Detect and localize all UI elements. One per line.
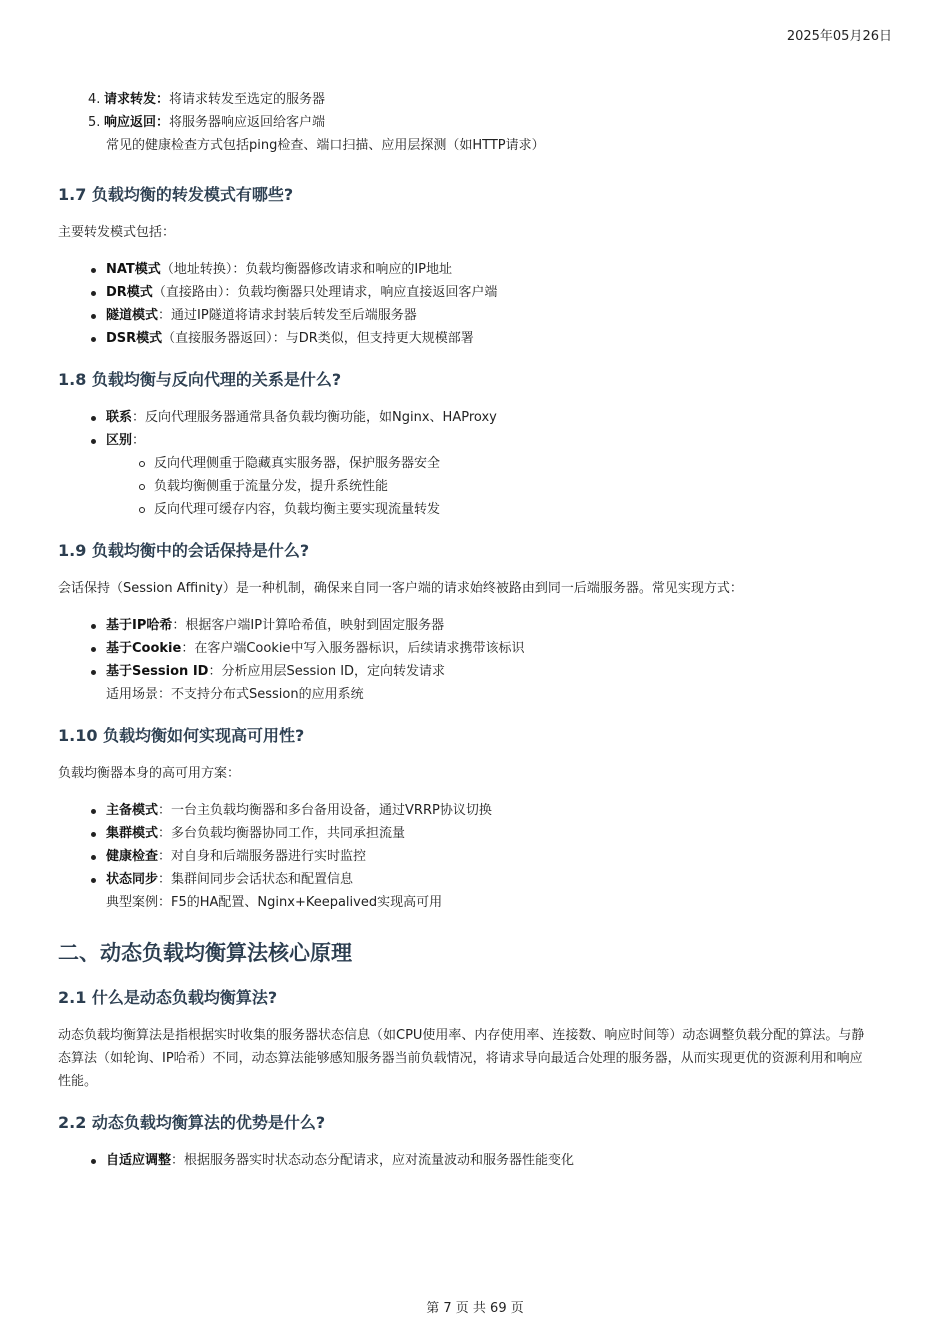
list-item: 健康检查：对自身和后端服务器进行实时监控 bbox=[106, 845, 868, 868]
list-item: 主备模式：一台主负载均衡器和多台备用设备，通过VRRP协议切换 bbox=[106, 799, 868, 822]
item-term: 请求转发 bbox=[104, 92, 156, 107]
item-desc: 负载均衡器只处理请求，响应直接返回客户端 bbox=[237, 285, 497, 300]
list-item: 自适应调整：根据服务器实时状态动态分配请求，应对流量波动和服务器性能变化 bbox=[106, 1149, 868, 1172]
list-item: 区别： 反向代理侧重于隐藏真实服务器，保护服务器安全 负载均衡侧重于流量分发，提… bbox=[106, 429, 868, 521]
item-note: （直接服务器返回） bbox=[162, 331, 273, 346]
item-desc: 反向代理服务器通常具备负载均衡功能，如Nginx、HAProxy bbox=[145, 410, 497, 425]
item-desc: 集群间同步会话状态和配置信息 bbox=[171, 872, 353, 887]
item-desc: 通过IP隧道将请求封装后转发至后端服务器 bbox=[171, 308, 417, 323]
session-affinity-list: 基于IP哈希：根据客户端IP计算哈希值，映射到固定服务器 基于Cookie：在客… bbox=[58, 614, 868, 683]
item-sep: ： bbox=[224, 285, 237, 300]
page-footer: 第 7 页 共 69 页 bbox=[0, 1297, 950, 1316]
list-item: 联系：反向代理服务器通常具备负载均衡功能，如Nginx、HAProxy bbox=[106, 406, 868, 429]
section-heading-1-7: 1.7 负载均衡的转发模式有哪些? bbox=[58, 183, 868, 207]
item-sep: ： bbox=[208, 664, 221, 679]
section-intro: 主要转发模式包括： bbox=[58, 221, 868, 244]
list-item: NAT模式（地址转换）：负载均衡器修改请求和响应的IP地址 bbox=[106, 258, 868, 281]
item-sep: ： bbox=[158, 872, 171, 887]
item-sep: ： bbox=[132, 410, 145, 425]
section-heading-2-2: 2.2 动态负载均衡算法的优势是什么? bbox=[58, 1111, 868, 1135]
item-term: 基于IP哈希 bbox=[106, 618, 172, 633]
item-desc: 负载均衡器修改请求和响应的IP地址 bbox=[245, 262, 452, 277]
item-term: 联系 bbox=[106, 410, 132, 425]
list-tail-note: 常见的健康检查方式包括ping检查、端口扫描、应用层探测（如HTTP请求） bbox=[58, 134, 868, 157]
item-desc: 根据客户端IP计算哈希值，映射到固定服务器 bbox=[185, 618, 444, 633]
list-tail-note: 适用场景：不支持分布式Session的应用系统 bbox=[58, 683, 868, 706]
forwarding-modes-list: NAT模式（地址转换）：负载均衡器修改请求和响应的IP地址 DR模式（直接路由）… bbox=[58, 258, 868, 350]
page-date: 2025年05月26日 bbox=[787, 25, 892, 44]
item-sep: ： bbox=[172, 618, 185, 633]
item-note: （地址转换） bbox=[161, 262, 233, 277]
list-item: 基于Session ID：分析应用层Session ID，定向转发请求 bbox=[106, 660, 868, 683]
list-item: 基于IP哈希：根据客户端IP计算哈希值，映射到固定服务器 bbox=[106, 614, 868, 637]
section-heading-1-9: 1.9 负载均衡中的会话保持是什么? bbox=[58, 539, 868, 563]
section-intro: 会话保持（Session Affinity）是一种机制，确保来自同一客户端的请求… bbox=[58, 577, 868, 600]
item-desc: 对自身和后端服务器进行实时监控 bbox=[171, 849, 366, 864]
item-desc: 将服务器响应返回给客户端 bbox=[169, 115, 325, 130]
high-availability-list: 主备模式：一台主负载均衡器和多台备用设备，通过VRRP协议切换 集群模式：多台负… bbox=[58, 799, 868, 891]
item-term: NAT模式 bbox=[106, 262, 161, 277]
item-sep: ： bbox=[158, 826, 171, 841]
section-heading-1-10: 1.10 负载均衡如何实现高可用性? bbox=[58, 724, 868, 748]
list-item: 隧道模式：通过IP隧道将请求封装后转发至后端服务器 bbox=[106, 304, 868, 327]
item-sep: ： bbox=[171, 1153, 184, 1168]
item-note: （直接路由） bbox=[153, 285, 225, 300]
item-desc: 与DR类似，但支持更大规模部署 bbox=[286, 331, 474, 346]
item-desc: 分析应用层Session ID，定向转发请求 bbox=[221, 664, 445, 679]
item-term: 区别 bbox=[106, 433, 132, 448]
chapter-heading-2: 二、动态负载均衡算法核心原理 bbox=[58, 938, 868, 968]
list-item: DSR模式（直接服务器返回）：与DR类似，但支持更大规模部署 bbox=[106, 327, 868, 350]
item-term: 响应返回 bbox=[104, 115, 156, 130]
item-term: DR模式 bbox=[106, 285, 153, 300]
item-sep: ： bbox=[158, 803, 171, 818]
item-desc: 将请求转发至选定的服务器 bbox=[169, 92, 325, 107]
document-content: 4.请求转发：将请求转发至选定的服务器 5.响应返回：将服务器响应返回给客户端 … bbox=[58, 88, 868, 1172]
item-desc: 根据服务器实时状态动态分配请求，应对流量波动和服务器性能变化 bbox=[184, 1153, 574, 1168]
list-item: 集群模式：多台负载均衡器协同工作，共同承担流量 bbox=[106, 822, 868, 845]
item-term: 基于Cookie bbox=[106, 641, 181, 656]
item-term: 集群模式 bbox=[106, 826, 158, 841]
list-item: 基于Cookie：在客户端Cookie中写入服务器标识，后续请求携带该标识 bbox=[106, 637, 868, 660]
item-term: DSR模式 bbox=[106, 331, 162, 346]
item-sep: ： bbox=[156, 92, 169, 107]
section-intro: 负载均衡器本身的高可用方案： bbox=[58, 762, 868, 785]
section-heading-2-1: 2.1 什么是动态负载均衡算法? bbox=[58, 986, 868, 1010]
proxy-relation-list: 联系：反向代理服务器通常具备负载均衡功能，如Nginx、HAProxy 区别： … bbox=[58, 406, 868, 521]
item-term: 状态同步 bbox=[106, 872, 158, 887]
list-item: 4.请求转发：将请求转发至选定的服务器 bbox=[88, 88, 868, 111]
item-number: 5. bbox=[88, 111, 104, 134]
list-tail-note: 典型案例：F5的HA配置、Nginx+Keepalived实现高可用 bbox=[58, 891, 868, 914]
section-heading-1-8: 1.8 负载均衡与反向代理的关系是什么? bbox=[58, 368, 868, 392]
item-term: 主备模式 bbox=[106, 803, 158, 818]
item-sep: ： bbox=[132, 433, 145, 448]
list-item: 状态同步：集群间同步会话状态和配置信息 bbox=[106, 868, 868, 891]
item-sep: ： bbox=[273, 331, 286, 346]
list-item: 5.响应返回：将服务器响应返回给客户端 bbox=[88, 111, 868, 134]
item-desc: 在客户端Cookie中写入服务器标识，后续请求携带该标识 bbox=[194, 641, 524, 656]
section-body: 动态负载均衡算法是指根据实时收集的服务器状态信息（如CPU使用率、内存使用率、连… bbox=[58, 1024, 868, 1093]
item-sep: ： bbox=[158, 308, 171, 323]
item-term: 隧道模式 bbox=[106, 308, 158, 323]
continued-numbered-list: 4.请求转发：将请求转发至选定的服务器 5.响应返回：将服务器响应返回给客户端 bbox=[58, 88, 868, 134]
item-sep: ： bbox=[232, 262, 245, 277]
item-term: 基于Session ID bbox=[106, 664, 208, 679]
item-number: 4. bbox=[88, 88, 104, 111]
difference-sublist: 反向代理侧重于隐藏真实服务器，保护服务器安全 负载均衡侧重于流量分发，提升系统性… bbox=[106, 452, 868, 521]
item-sep: ： bbox=[181, 641, 194, 656]
list-item: DR模式（直接路由）：负载均衡器只处理请求，响应直接返回客户端 bbox=[106, 281, 868, 304]
item-desc: 一台主负载均衡器和多台备用设备，通过VRRP协议切换 bbox=[171, 803, 492, 818]
sublist-item: 负载均衡侧重于流量分发，提升系统性能 bbox=[154, 475, 868, 498]
sublist-item: 反向代理可缓存内容，负载均衡主要实现流量转发 bbox=[154, 498, 868, 521]
sublist-item: 反向代理侧重于隐藏真实服务器，保护服务器安全 bbox=[154, 452, 868, 475]
item-term: 自适应调整 bbox=[106, 1153, 171, 1168]
item-desc: 多台负载均衡器协同工作，共同承担流量 bbox=[171, 826, 405, 841]
item-term: 健康检查 bbox=[106, 849, 158, 864]
advantages-list: 自适应调整：根据服务器实时状态动态分配请求，应对流量波动和服务器性能变化 bbox=[58, 1149, 868, 1172]
item-sep: ： bbox=[156, 115, 169, 130]
item-sep: ： bbox=[158, 849, 171, 864]
